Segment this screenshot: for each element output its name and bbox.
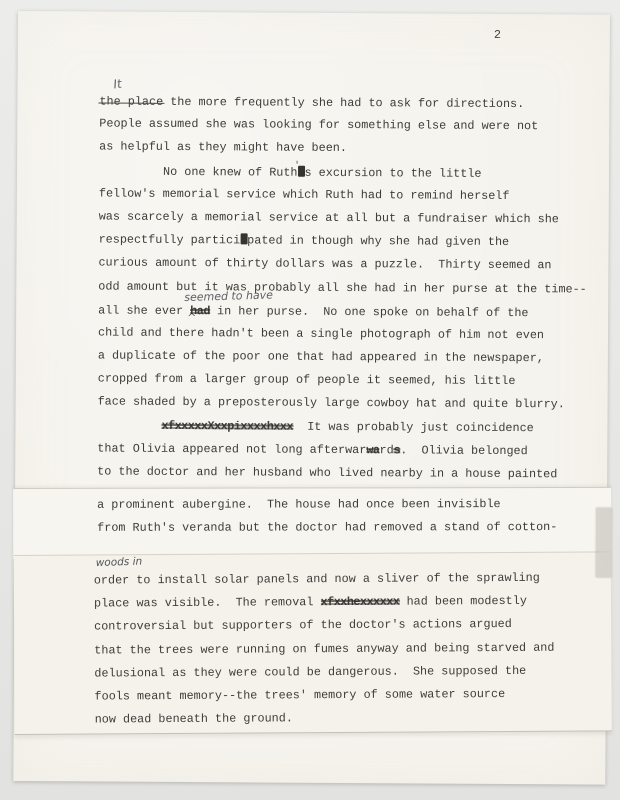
handwritten-insertion-woods-in: woods in [96,556,143,569]
typed-line: delusional as they were could be dangero… [94,659,611,685]
typed-text: delusional as they were could be dangero… [94,664,526,681]
typed-text: It was probably just coincidence [293,419,534,434]
typed-text: curious amount of thirty dollars was a p… [98,256,551,273]
typed-text: from Ruth's veranda but the doctor had r… [97,520,557,535]
page-number: 2 [494,28,501,42]
typed-text: in her purse. No one spoke on behalf of … [210,304,529,320]
typed-line: child and there hadn't been a single pho… [98,321,603,347]
typed-text: s excursion to the little [304,165,481,180]
typed-line: order to install solar panels and now a … [94,566,611,592]
typed-line: xfxxxxxXxxpixxxxhxxx It was probably jus… [97,414,602,440]
typed-over-deletion: had [190,304,210,318]
typed-over-deletion: xfxxhexxxxxx [320,595,399,609]
overtyped-blot: # [240,233,247,244]
typed-line: cropped from a larger group of people it… [98,368,603,394]
typed-line: face shaded by a preposterously large co… [98,391,603,417]
typed-line: place was visible. The removal xfxxhexxx… [94,590,611,616]
typed-text: child and there hadn't been a single pho… [98,325,544,342]
typed-text: that Olivia appeared not long afterwar [97,441,366,457]
typed-line: controversial but supporters of the doct… [94,613,611,639]
typed-text: face shaded by a preposterously large co… [98,395,565,412]
tape-fragment [596,508,612,578]
typed-text: fellow's memorial service which Ruth had… [99,186,510,203]
typed-line: was scarcely a memorial service at all b… [99,205,604,231]
typed-text: place was visible. The removal [94,595,321,610]
struck-through-text: the place [99,94,163,108]
typed-line: Itthe place the more frequently she had … [99,89,604,115]
typed-text: respectfully partici [99,233,241,248]
typed-text: odd amount but it was probably all she h… [98,279,587,296]
typed-line: curious amount of thirty dollars was a p… [98,252,603,278]
typed-text: People assumed she was looking for somet… [99,117,538,134]
typed-text: rd [379,443,393,457]
typed-text: now dead beneath the ground. [95,711,293,726]
handwritten-insertion: It [112,74,115,97]
typed-line: People assumed she was looking for somet… [99,113,604,139]
typed-line: a duplicate of the poor one that had app… [98,345,603,371]
typed-line: a prominent aubergine. The house had onc… [97,493,611,517]
pasted-strip-lower: woods in order to install solar panels a… [14,551,612,735]
typed-text: that the trees were running on fumes any… [94,640,554,657]
typed-line: to the doctor and her husband who lived … [97,460,602,486]
typed-line: now dead beneath the ground. [95,705,612,731]
typed-block-strip-upper: a prominent aubergine. The house had onc… [97,493,611,540]
typed-text: No one knew of Ruth [163,164,298,179]
typed-line: No one knew of Ruth'#s excursion to the … [99,159,604,185]
typed-text: cropped from a larger group of people it… [98,372,516,389]
typed-line: all she ever seemed to have^had in her p… [98,298,603,324]
typed-over-deletion: s [394,443,401,457]
typed-line: that Olivia appeared not long afterwarwa… [97,437,602,463]
manuscript-page: 2 Itthe place the more frequently she ha… [13,11,610,785]
typed-line: respectfully partici#pated in though why… [99,229,604,255]
typed-over-deletion: xfxxxxxXxxpixxxxhxxx [161,419,293,434]
typed-text: a duplicate of the poor one that had app… [98,349,544,366]
typed-line: that the trees were running on fumes any… [94,636,611,662]
typed-over-deletion: wa [366,443,379,457]
pasted-strip-upper: a prominent aubergine. The house had onc… [13,487,611,559]
typed-block-main: Itthe place the more frequently she had … [97,89,604,486]
typed-text: a prominent aubergine. The house had onc… [97,497,501,512]
typed-line: from Ruth's veranda but the doctor had r… [97,516,611,540]
photo-background: 2 Itthe place the more frequently she ha… [0,0,620,800]
typed-block-strip-lower: order to install solar panels and now a … [94,566,612,731]
typed-line: as helpful as they might have been. [99,136,604,162]
typed-text: all she ever [98,303,190,318]
typed-line: fellow's memorial service which Ruth had… [99,182,604,208]
typed-text: fools meant memory--the trees' memory of… [94,687,505,704]
typed-text: as helpful as they might have been. [99,140,347,156]
typed-text: the more frequently she had to ask for d… [163,95,524,111]
typed-text: had been modestly [399,594,527,609]
typed-text: was scarcely a memorial service at all b… [99,209,559,226]
typed-text: to the doctor and her husband who lived … [97,464,557,481]
typed-text: controversial but supporters of the doct… [94,617,512,634]
typed-text: pated in though why she had given the [247,234,509,250]
typed-line: fools meant memory--the trees' memory of… [94,682,611,708]
typed-line: odd amount but it was probably all she h… [98,275,603,301]
typed-text: order to install solar panels and now a … [94,571,540,588]
typed-text: . Olivia belonged [400,443,528,458]
